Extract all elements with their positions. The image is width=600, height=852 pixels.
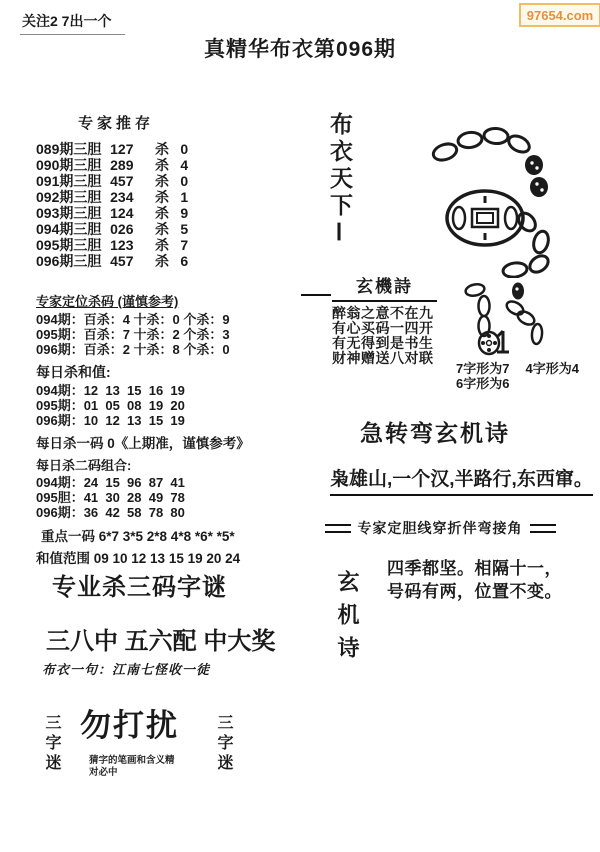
kill-cell: 杀 bbox=[155, 253, 180, 269]
kill-num-cell: 1 bbox=[180, 189, 196, 205]
xuanji-poem-section: 玄機詩 醉翁之意不在九 有心买码一四开 有无得到是书生 财神赠送八对联 bbox=[301, 272, 437, 366]
buyi-tianxia-label: 布衣天下Ⅰ bbox=[324, 112, 357, 250]
bead-chain-drawing-1 bbox=[415, 118, 595, 278]
kill-num-cell: 9 bbox=[180, 205, 196, 221]
daily-sum-kill-title: 每日杀和值: bbox=[36, 362, 286, 382]
number-cell: 124 bbox=[110, 205, 155, 221]
daily-sum-kill-row: 094期：12 13 15 16 19 bbox=[36, 384, 286, 398]
number-cell: 026 bbox=[110, 221, 155, 237]
page-title: 真精华布衣第096期 bbox=[0, 33, 600, 63]
buyi-sentence: 布衣一句：江南七怪收一徒 bbox=[42, 659, 210, 678]
kill-cell: 杀 bbox=[155, 189, 180, 205]
table-row: 096期三胆 457 杀 6 bbox=[36, 253, 196, 269]
poem-line: 醉翁之意不在九 bbox=[332, 306, 437, 321]
three-char-riddle-label-left: 三字迷 bbox=[40, 714, 63, 774]
kill-cell: 杀 bbox=[155, 221, 180, 237]
three-char-riddle-answer: 勿打扰 bbox=[80, 700, 179, 745]
position-kill-title: 专家定位杀码 (谨慎参考) bbox=[36, 291, 286, 310]
double-rule-left bbox=[325, 524, 351, 533]
period-cell: 091期三胆 bbox=[36, 173, 110, 189]
shape-note-row: 7字形为74字形为4 bbox=[456, 361, 579, 376]
period-cell: 092期三胆 bbox=[36, 189, 110, 205]
number-cell: 234 bbox=[110, 189, 155, 205]
daily-sum-kill-row: 096期：10 12 13 15 19 bbox=[36, 414, 286, 428]
table-row: 090期三胆 289 杀 4 bbox=[36, 157, 196, 173]
period-cell: 096期三胆 bbox=[36, 253, 110, 269]
expert-recommend-title: 专家推存 bbox=[36, 112, 196, 133]
position-kill-row: 096期：百杀：2 十杀：8 个杀：0 bbox=[36, 343, 286, 357]
shape-note: 7字形为7 bbox=[456, 361, 509, 376]
number-cell: 123 bbox=[110, 237, 155, 253]
daily-sum-kill-row: 095期：01 05 08 19 20 bbox=[36, 399, 286, 413]
xuanji-poem-lines: 醉翁之意不在九 有心买码一四开 有无得到是书生 财神赠送八对联 bbox=[332, 306, 437, 366]
key-code-line: 重点一码 6*7 3*5 2*8 4*8 *6* *5* bbox=[41, 525, 286, 545]
tip-sheet-page: 关注2 7出一个 97654.com 真精华布衣第096期 专家推存 089期三… bbox=[0, 0, 600, 852]
daily-two-kill-title: 每日杀二码组合: bbox=[36, 455, 286, 474]
shape-notes: 7字形为74字形为4 6字形为6 bbox=[456, 361, 579, 391]
kill-cell: 杀 bbox=[155, 173, 180, 189]
table-row: 093期三胆 124 杀 9 bbox=[36, 205, 196, 221]
shape-note: 4字形为4 bbox=[525, 361, 578, 376]
kill-cell: 杀 bbox=[155, 157, 180, 173]
daily-two-kill-row: 094期：24 15 96 87 41 bbox=[36, 476, 286, 490]
sharp-turn-line: 枭雄山,一个汉,半路行,东西窜。 bbox=[330, 464, 593, 496]
kill-cell: 杀 bbox=[155, 205, 180, 221]
period-cell: 090期三胆 bbox=[36, 157, 110, 173]
xuanji-bottom-line: 号码有两，位置不变。 bbox=[387, 580, 562, 603]
kill-num-cell: 0 bbox=[180, 141, 196, 157]
kill-data-section: 专家定位杀码 (谨慎参考) 094期：百杀：4 十杀：0 个杀：9 095期：百… bbox=[36, 291, 286, 567]
riddle-section-title: 专业杀三码字谜 bbox=[52, 567, 227, 602]
period-cell: 093期三胆 bbox=[36, 205, 110, 221]
number-cell: 289 bbox=[110, 157, 155, 173]
period-cell: 089期三胆 bbox=[36, 141, 110, 157]
number-cell: 127 bbox=[110, 141, 155, 157]
number-cell: 457 bbox=[110, 173, 155, 189]
table-row: 094期三胆 026 杀 5 bbox=[36, 221, 196, 237]
kill-num-cell: 7 bbox=[180, 237, 196, 253]
xuanji-bottom-line: 四季都坚。相隔十一， bbox=[387, 557, 562, 580]
daily-two-kill-row: 096期：36 42 58 78 80 bbox=[36, 506, 286, 520]
note-line: 对必中 bbox=[89, 767, 175, 779]
riddle-line: 三八中 五六配 中大奖 bbox=[46, 621, 275, 656]
note-line: 猜字的笔画和含义精 bbox=[89, 755, 175, 767]
period-cell: 095期三胆 bbox=[36, 237, 110, 253]
kill-cell: 杀 bbox=[155, 237, 180, 253]
poem-line: 财神赠送八对联 bbox=[332, 351, 437, 366]
poem-line: 有无得到是书生 bbox=[332, 336, 437, 351]
kill-num-cell: 4 bbox=[180, 157, 196, 173]
kill-num-cell: 0 bbox=[180, 173, 196, 189]
period-cell: 094期三胆 bbox=[36, 221, 110, 237]
bead-chain-drawing-2 bbox=[461, 281, 546, 357]
position-kill-row: 094期：百杀：4 十杀：0 个杀：9 bbox=[36, 313, 286, 327]
position-kill-row: 095期：百杀：7 十杀：2 个杀：3 bbox=[36, 328, 286, 342]
table-row: 091期三胆 457 杀 0 bbox=[36, 173, 196, 189]
sum-range-line: 和值范围 09 10 12 13 15 19 20 24 bbox=[36, 547, 286, 567]
poem-line: 有心买码一四开 bbox=[332, 321, 437, 336]
shape-note: 6字形为6 bbox=[456, 376, 579, 391]
kill-num-cell: 5 bbox=[180, 221, 196, 237]
kill-cell: 杀 bbox=[155, 141, 180, 157]
table-row: 092期三胆 234 杀 1 bbox=[36, 189, 196, 205]
double-rule-right bbox=[530, 524, 556, 533]
table-row: 089期三胆 127 杀 0 bbox=[36, 141, 196, 157]
dingdan-note: 专家定胆线穿折伴弯接角 bbox=[358, 518, 523, 538]
three-char-riddle-label-right: 三字迷 bbox=[212, 714, 235, 774]
dingdan-note-row: 专家定胆线穿折伴弯接角 bbox=[300, 518, 580, 538]
daily-two-kill-row: 095胆：41 30 28 49 78 bbox=[36, 491, 286, 505]
daily-one-kill-line: 每日杀一码 0《上期准，谨慎参考》 bbox=[36, 432, 286, 452]
xuanji-bottom-label: 玄机诗 bbox=[332, 570, 363, 669]
top-note: 关注2 7出一个 bbox=[20, 11, 125, 35]
number-cell: 457 bbox=[110, 253, 155, 269]
sharp-turn-title: 急转弯玄机诗 bbox=[360, 415, 510, 448]
three-char-riddle-note: 猜字的笔画和含义精 对必中 bbox=[89, 755, 175, 779]
expert-recommend-section: 专家推存 089期三胆 127 杀 0 090期三胆 289 杀 4 091期三… bbox=[36, 112, 196, 269]
watermark-badge[interactable]: 97654.com bbox=[519, 3, 600, 27]
table-row: 095期三胆 123 杀 7 bbox=[36, 237, 196, 253]
xuanji-poem-title: 玄機詩 bbox=[332, 272, 437, 302]
xuanji-bottom-text: 四季都坚。相隔十一， 号码有两，位置不变。 bbox=[387, 557, 562, 603]
kill-num-cell: 6 bbox=[180, 253, 196, 269]
